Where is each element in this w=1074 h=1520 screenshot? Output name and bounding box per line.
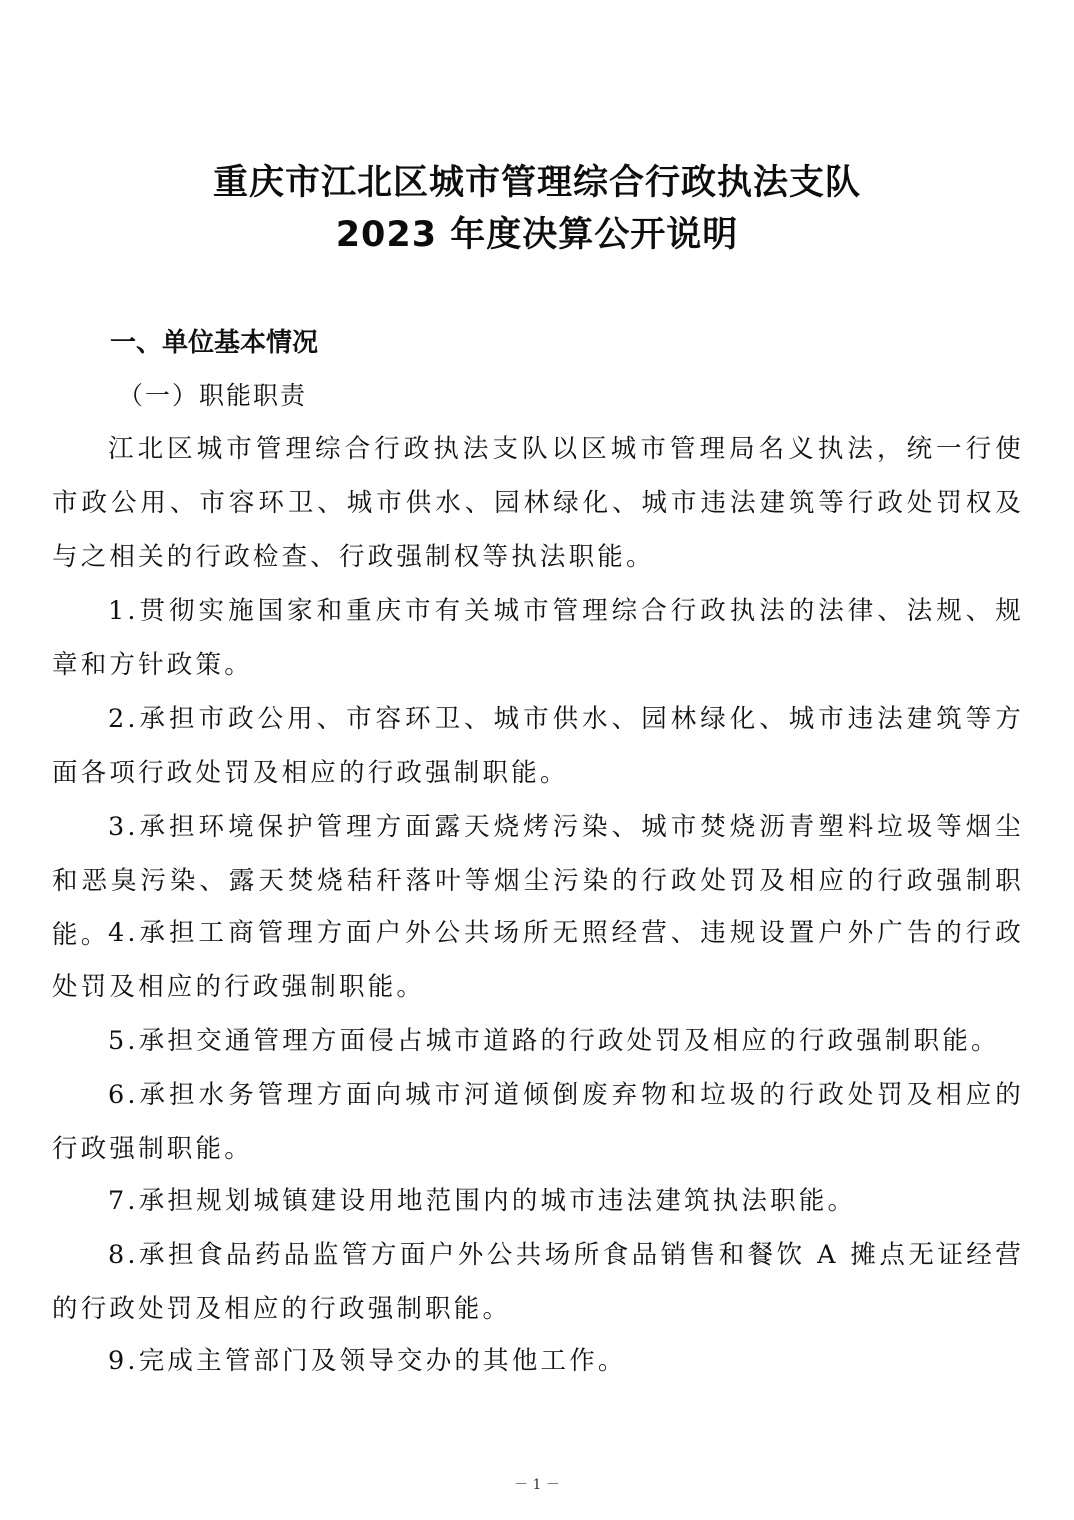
duty-item-1: 1.贯彻实施国家和重庆市有关城市管理综合行政执法的法律、法规、规章和方针政策。 [52, 584, 1024, 692]
duty-item-8: 8.承担食品药品监管方面户外公共场所食品销售和餐饮 A 摊点无证经营的行政处罚及… [52, 1228, 1024, 1336]
subsection-heading: （一）职能职责 [118, 376, 307, 412]
duty-item-5: 5.承担交通管理方面侵占城市道路的行政处罚及相应的行政强制职能。 [52, 1014, 1024, 1068]
duty-item-2: 2.承担市政公用、市容环卫、城市供水、园林绿化、城市违法建筑等方面各项行政处罚及… [52, 692, 1024, 800]
document-title-line-2: 2023 年度决算公开说明 [0, 207, 1074, 257]
page-number: － 1 － [0, 1474, 1074, 1494]
intro-paragraph: 江北区城市管理综合行政执法支队以区城市管理局名义执法，统一行使市政公用、市容环卫… [52, 422, 1024, 584]
document-title-line-1: 重庆市江北区城市管理综合行政执法支队 [0, 155, 1074, 205]
duty-item-9: 9.完成主管部门及领导交办的其他工作。 [52, 1334, 1024, 1388]
duty-item-7: 7.承担规划城镇建设用地范围内的城市违法建筑执法职能。 [52, 1174, 1024, 1228]
duty-item-6: 6.承担水务管理方面向城市河道倾倒废弃物和垃圾的行政处罚及相应的行政强制职能。 [52, 1068, 1024, 1176]
section-heading: 一、单位基本情况 [110, 322, 318, 359]
duty-item-4: 4.承担工商管理方面户外公共场所无照经营、违规设置户外广告的行政处罚及相应的行政… [52, 906, 1024, 1014]
